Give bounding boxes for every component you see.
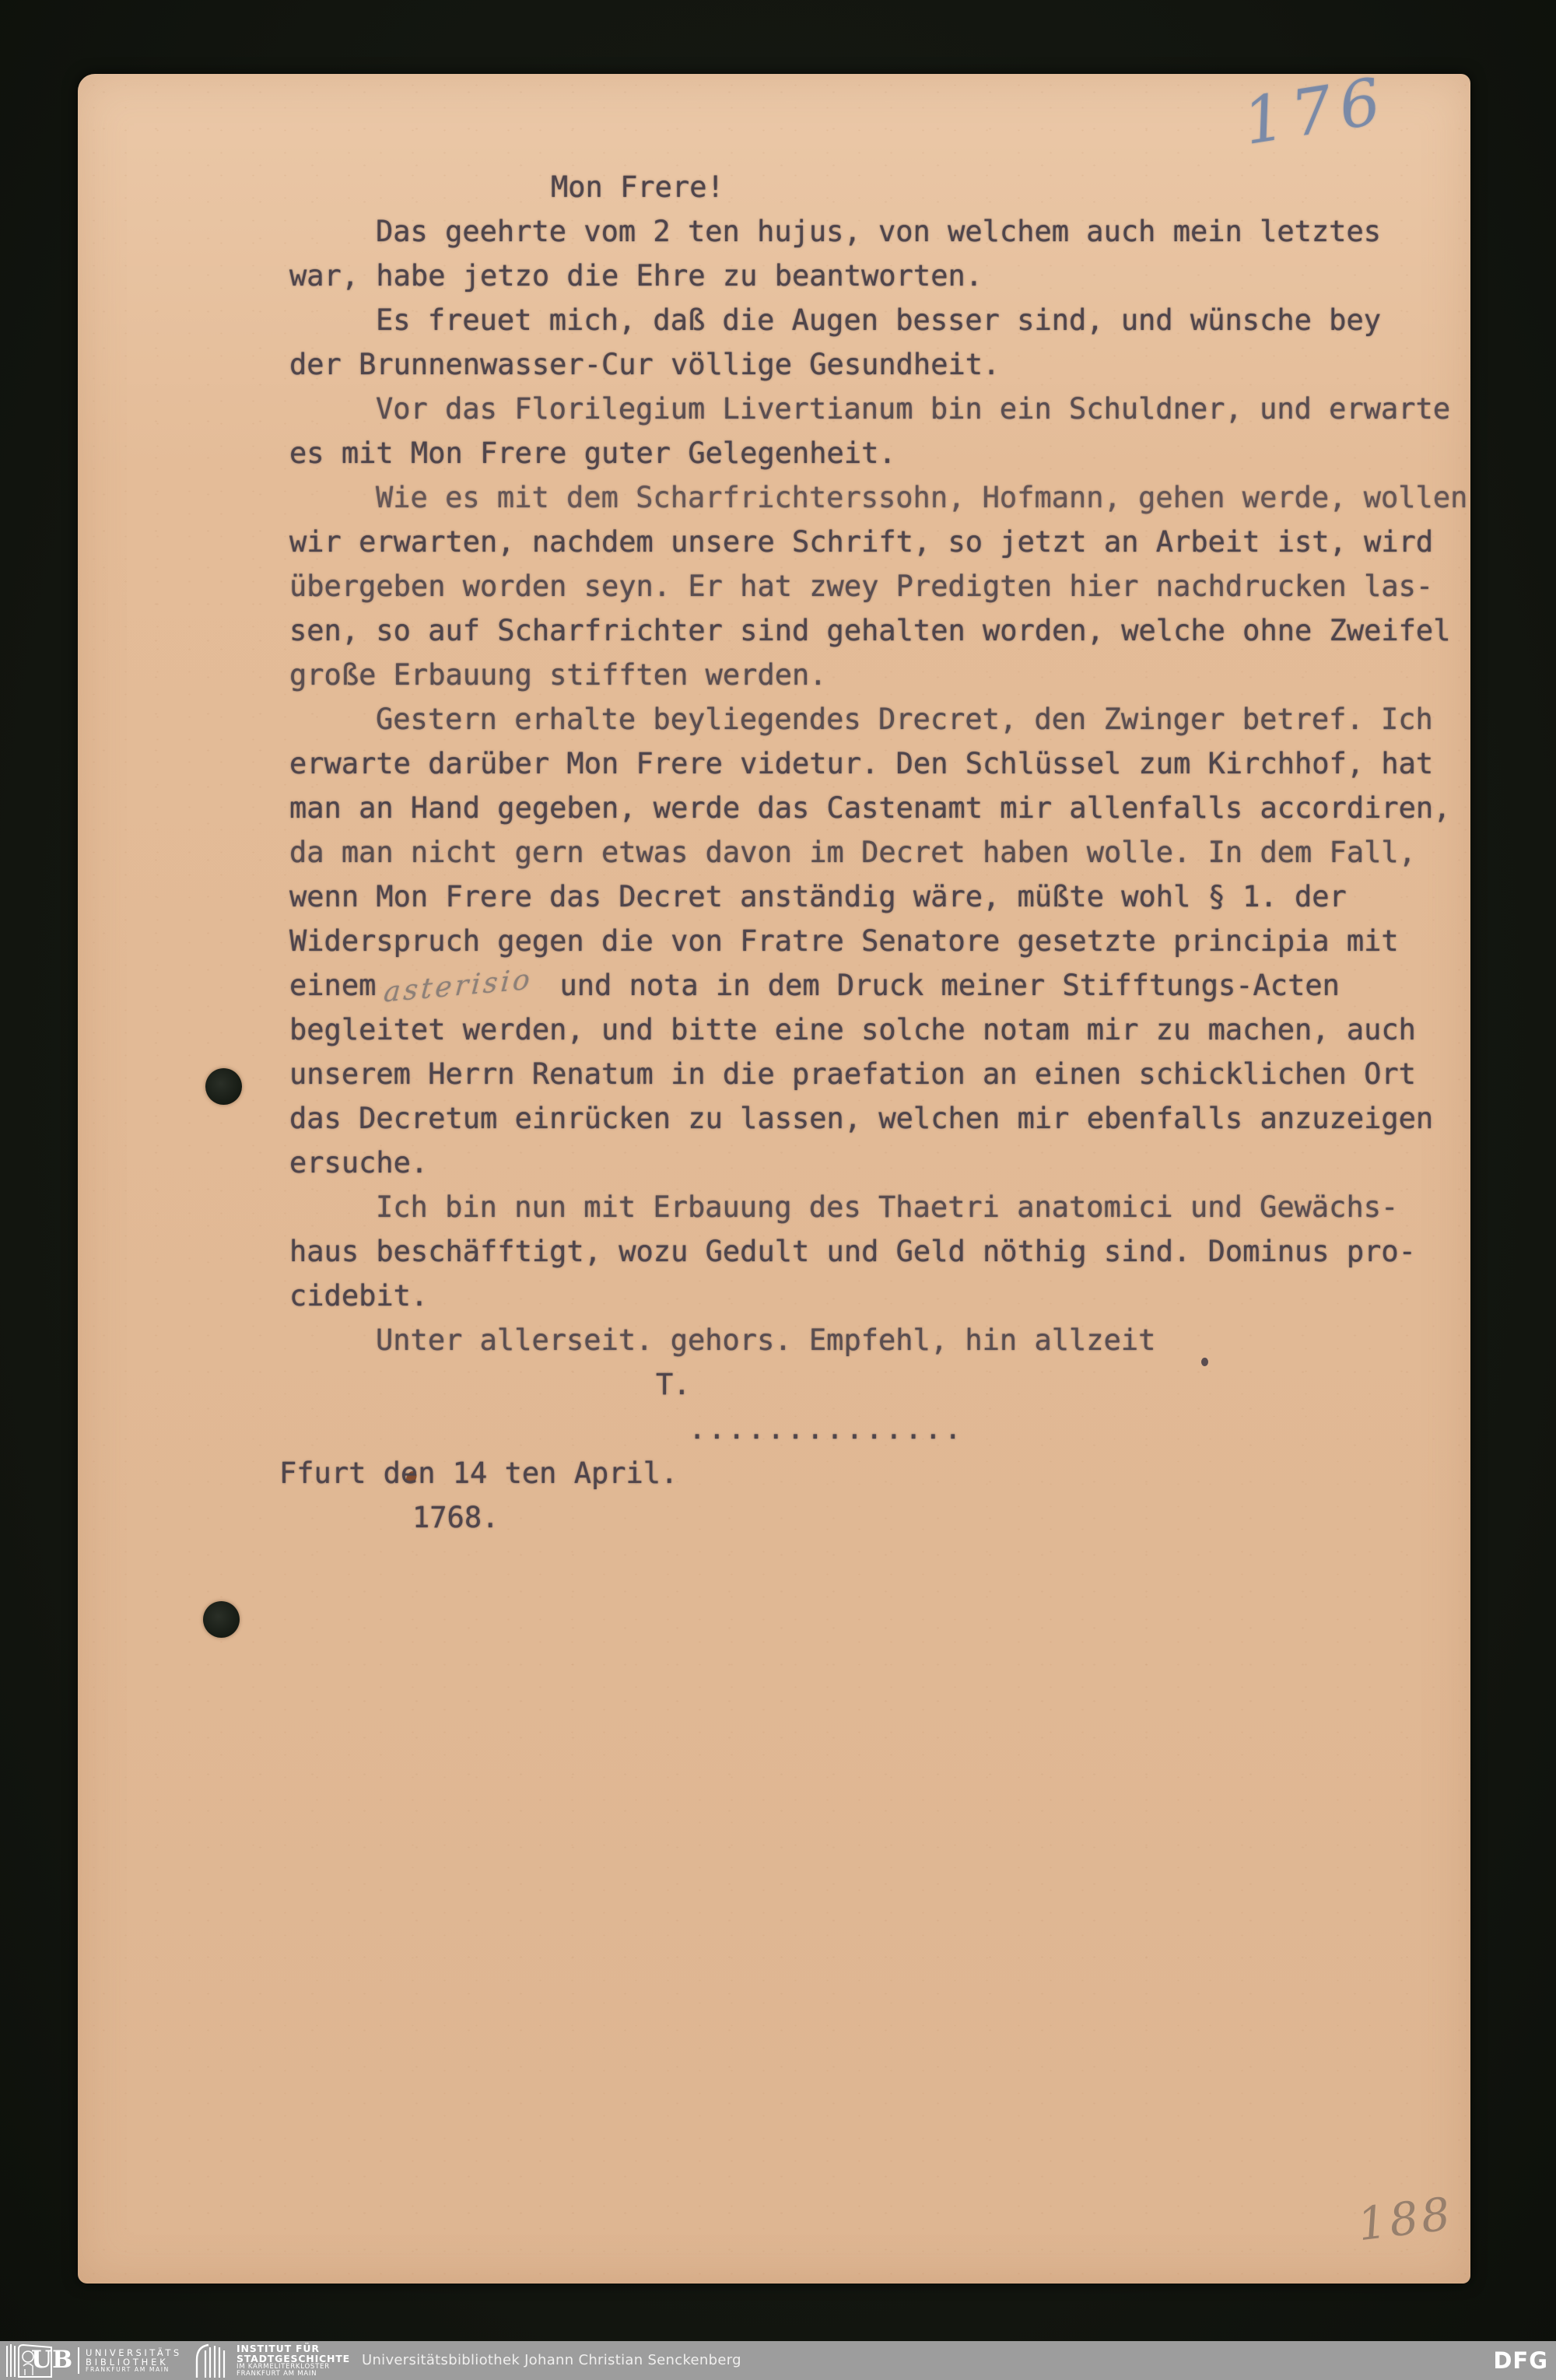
ub-name-line3: FRANKFURT AM MAIN — [86, 2367, 177, 2373]
typed-word: einem — [289, 969, 376, 1002]
institute-name-line4: FRANKFURT AM MAIN — [237, 2371, 384, 2378]
letter-line: übergeben worden seyn. Er hat zwey Predi… — [289, 564, 1472, 608]
library-attribution-text: Universitätsbibliothek Johann Christian … — [362, 2352, 741, 2368]
letter-line: da man nicht gern etwas davon im Decret … — [289, 830, 1472, 875]
institute-arch-logo — [194, 2343, 229, 2378]
letter-line: Gestern erhalte beyliegendes Drecret, de… — [289, 697, 1472, 741]
letter-line: Das geehrte vom 2 ten hujus, von welchem… — [289, 209, 1472, 254]
letter-line: war, habe jetzo die Ehre zu beantworten. — [289, 254, 1472, 298]
letter-line: haus beschäfftigt, wozu Gedult und Geld … — [289, 1229, 1472, 1274]
typed-text: und nota in dem Druck meiner Stifftungs-… — [559, 969, 1339, 1002]
letter-line-with-handwriting: einemasterisiound nota in dem Druck mein… — [289, 963, 1472, 1008]
letter-line: Vor das Florilegium Livertianum bin ein … — [289, 387, 1472, 431]
handwritten-word: asterisio — [382, 957, 534, 1015]
ub-library-name: UNIVERSITÄTS BIBLIOTHEK FRANKFURT AM MAI… — [86, 2348, 177, 2373]
letter-line: sen, so auf Scharfrichter sind gehalten … — [289, 608, 1472, 653]
letter-line: ersuche. — [289, 1141, 1472, 1185]
letter-line: wenn Mon Frere das Decret anständig wäre… — [289, 875, 1472, 919]
letter-line: das Decretum einrücken zu lassen, welche… — [289, 1096, 1472, 1141]
letter-line: Widerspruch gegen die von Fratre Senator… — [289, 919, 1472, 963]
dateline-year: 1768. — [289, 1495, 1472, 1540]
letter-line: Wie es mit dem Scharfrichterssohn, Hofma… — [289, 475, 1472, 520]
footer-bar: UB UNIVERSITÄTS BIBLIOTHEK FRANKFURT AM … — [0, 2341, 1556, 2380]
dateline-place: Ffurt den 14 ten April. — [279, 1451, 1472, 1495]
dotted-line: .............. — [289, 1407, 1472, 1451]
letter-line: unserem Herrn Renatum in die praefation … — [289, 1052, 1472, 1096]
letter-line: cidebit. — [289, 1274, 1472, 1318]
footer-divider — [78, 2347, 79, 2374]
salutation: Mon Frere! — [289, 165, 1472, 209]
letter-line: es mit Mon Frere guter Gelegenheit. — [289, 431, 1472, 475]
letter-line: große Erbauung stifften werden. — [289, 653, 1472, 697]
letter-line: man an Hand gegeben, werde das Castenamt… — [289, 786, 1472, 830]
ub-library-logo: UB — [5, 2343, 76, 2378]
letter-line: Es freuet mich, daß die Augen besser sin… — [289, 298, 1472, 342]
punch-hole-bottom — [203, 1601, 240, 1638]
punch-hole-top — [205, 1068, 242, 1105]
letter-line: wir erwarten, nachdem unsere Schrift, so… — [289, 520, 1472, 564]
letter-line: der Brunnenwasser-Cur völlige Gesundheit… — [289, 342, 1472, 387]
letter-line: begleitet werden, und bitte eine solche … — [289, 1008, 1472, 1052]
dfg-logo: DFG — [1493, 2347, 1548, 2374]
letter-body: Mon Frere! Das geehrte vom 2 ten hujus, … — [289, 165, 1472, 1540]
letter-line: Ich bin nun mit Erbauung des Thaetri ana… — [289, 1185, 1472, 1229]
signature-initial: T. — [289, 1362, 1472, 1407]
letter-line: erwarte darüber Mon Frere videtur. Den S… — [289, 741, 1472, 786]
ub-logo-letters: UB — [31, 2346, 72, 2374]
scanned-document: Mon Frere! Das geehrte vom 2 ten hujus, … — [0, 0, 1556, 2380]
letter-line: Unter allerseit. gehors. Empfehl, hin al… — [289, 1318, 1472, 1362]
